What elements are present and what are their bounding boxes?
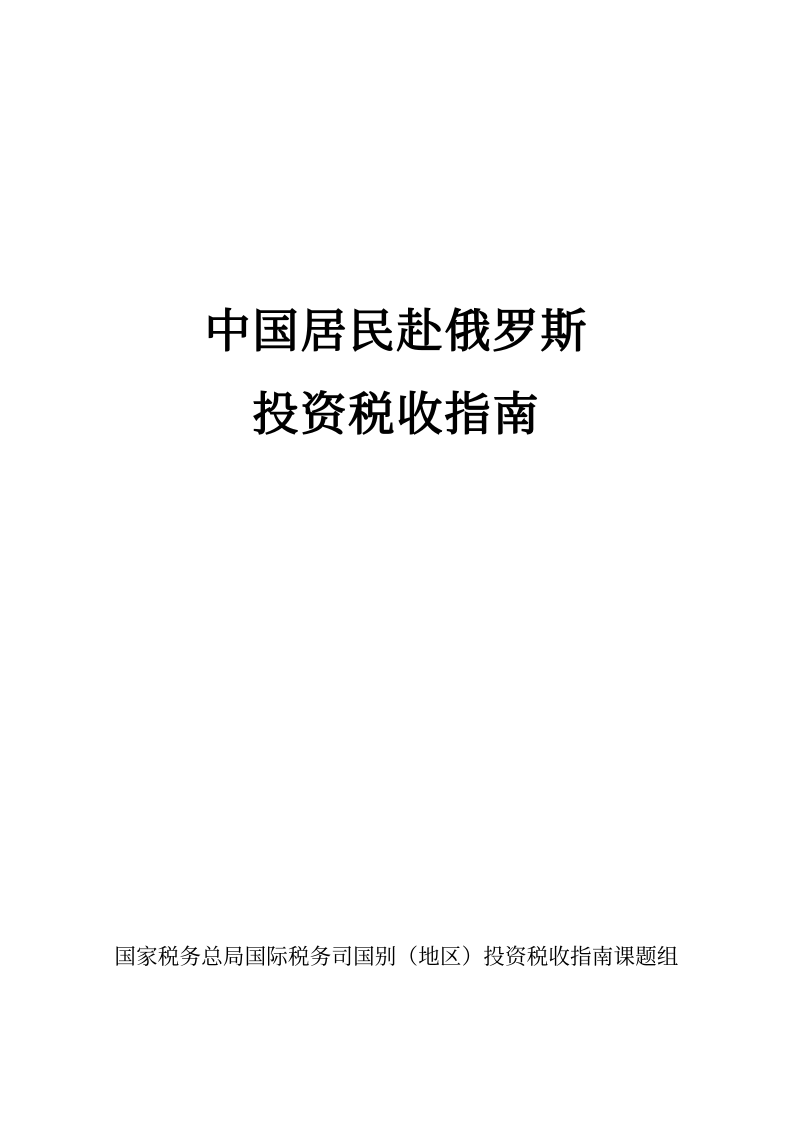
cover-author-line: 国家税务总局国际税务司国别（地区）投资税收指南课题组 bbox=[0, 942, 793, 972]
cover-title: 中国居民赴俄罗斯 投资税收指南 bbox=[0, 290, 793, 456]
cover-title-line-2: 投资税收指南 bbox=[0, 373, 793, 456]
cover-title-line-1: 中国居民赴俄罗斯 bbox=[0, 290, 793, 373]
document-cover-page: 中国居民赴俄罗斯 投资税收指南 国家税务总局国际税务司国别（地区）投资税收指南课… bbox=[0, 0, 793, 1122]
